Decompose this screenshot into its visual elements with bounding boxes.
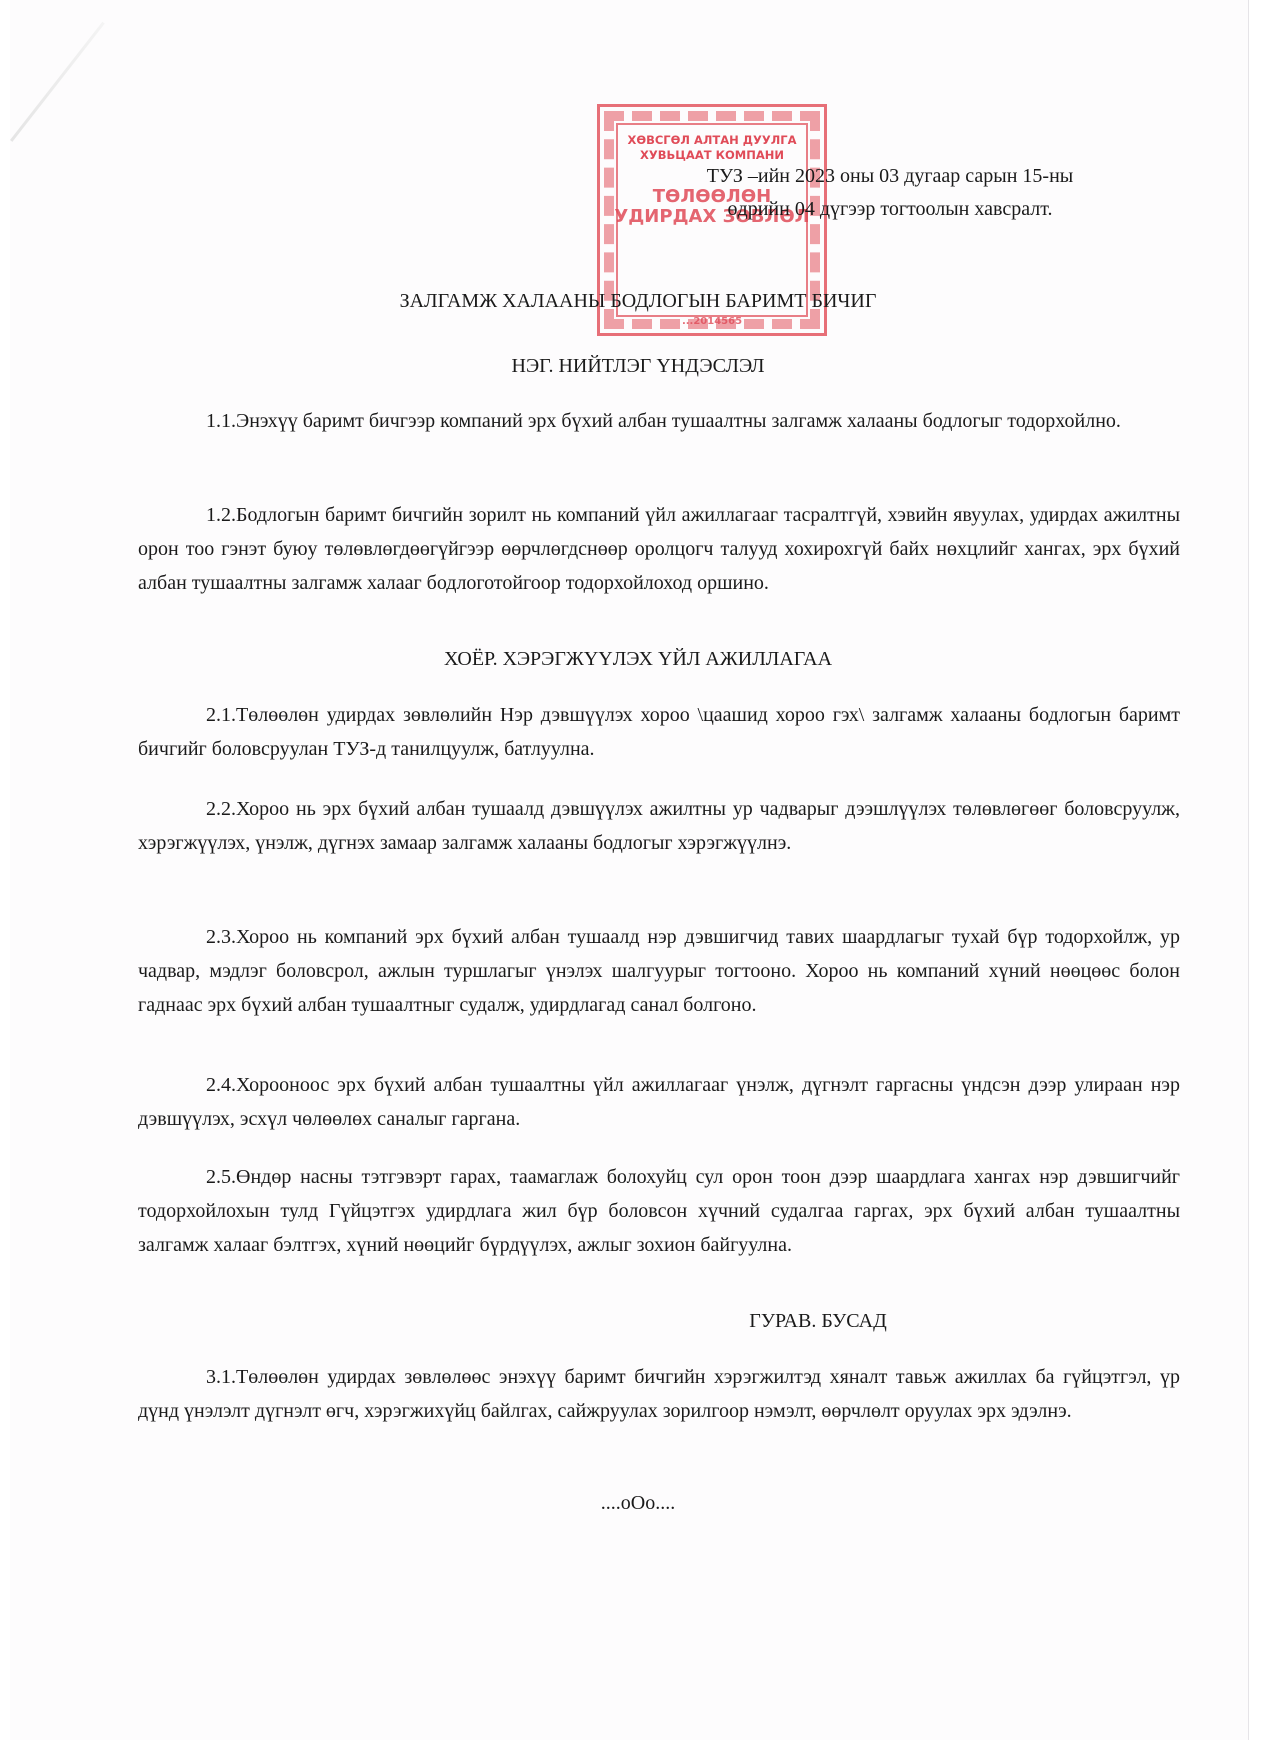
section-heading-2: ХОЁР. ХЭРЭГЖҮҮЛЭХ ҮЙЛ АЖИЛЛАГАА [0,648,1276,671]
paragraph-1-2: 1.2.Бодлогын баримт бичгийн зорилт нь ко… [138,498,1180,600]
seal-company-name: ХӨВСГӨЛ АЛТАН ДУУЛГА ХУВЬЦААТ КОМПАНИ [600,133,824,163]
paragraph-2-1: 2.1.Төлөөлөн удирдах зөвлөлийн Нэр дэвшү… [138,698,1180,766]
paragraph-2-5: 2.5.Өндөр насны тэтгэвэрт гарах, таамагл… [138,1160,1180,1262]
annex-note-line-2: өдрийн 04 дүгээр тогтоолын хавсралт. [630,193,1150,226]
paragraph-2-4: 2.4.Хорооноос эрх бүхий албан тушаалтны … [138,1068,1180,1136]
paragraph-2-3: 2.3.Хороо нь компаний эрх бүхий албан ту… [138,920,1180,1022]
paragraph-1-1: 1.1.Энэхүү баримт бичгээр компаний эрх б… [138,404,1180,438]
paragraph-2-2: 2.2.Хороо нь эрх бүхий албан тушаалд дэв… [138,792,1180,860]
seal-registration-number: ...2014565 [600,316,824,327]
resolution-annex-note: ТУЗ –ийн 2023 оны 03 дугаар сарын 15-ны … [630,160,1150,226]
annex-note-line-1: ТУЗ –ийн 2023 оны 03 дугаар сарын 15-ны [630,160,1150,193]
paragraph-3-1: 3.1.Төлөөлөн удирдах зөвлөлөөс энэхүү ба… [138,1360,1180,1428]
section-heading-3: ГУРАВ. БУСАД [180,1310,1276,1333]
document-title: ЗАЛГАМЖ ХАЛААНЫ БОДЛОГЫН БАРИМТ БИЧИГ [0,290,1276,313]
document-end-mark: ....oOo.... [0,1492,1276,1515]
section-heading-1: НЭГ. НИЙТЛЭГ ҮНДЭСЛЭЛ [0,355,1276,378]
